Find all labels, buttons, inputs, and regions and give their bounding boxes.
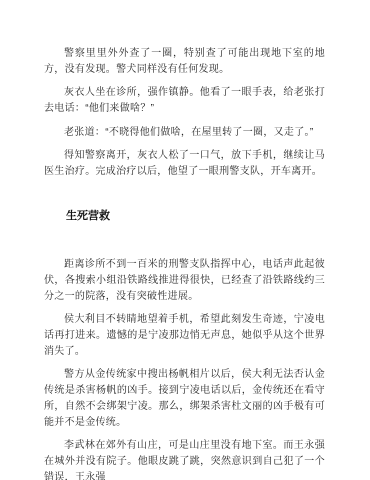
paragraph-liwulin-villa: 李武林在郊外有山庄，可是山庄里没有地下室。而王永强在城外并没有院子。他眼皮跳了跳… bbox=[44, 438, 325, 480]
paragraph-houdali-phone: 侯大利目不转睛地望着手机，希望此刻发生奇迹，宁凌电话再打进来。遗憾的是宁凌那边悄… bbox=[44, 312, 325, 359]
section-heading: 生死营救 bbox=[44, 208, 325, 225]
paragraph-laozhang-reply: 老张道：“不晓得他们做啥，在屋里转了一圈，又走了。” bbox=[44, 125, 325, 141]
paragraph-command-center: 距离诊所不到一百米的刑警支队指挥中心，电话声此起彼伏，各搜索小组沿铁路线推进得很… bbox=[44, 257, 325, 304]
paragraph-jinchuantong-analysis: 警方从金传统家中搜出杨帆相片以后，侯大利无法否认金传统是杀害杨帆的凶手。接到宁凌… bbox=[44, 367, 325, 430]
paragraph-police-search: 警察里里外外查了一圈，特别查了可能出现地下室的地方，没有发现。警犬同样没有任何发… bbox=[44, 46, 325, 77]
paragraph-grey-man-call: 灰衣人坐在诊所，强作镇静。他看了一眼手表，给老张打去电话：“他们来做啥？” bbox=[44, 85, 325, 116]
paragraph-grey-man-leaves: 得知警察离开，灰衣人松了一口气，放下手机，继续让马医生治疗。完成治疗以后，他望了… bbox=[44, 148, 325, 179]
ebook-page: 警察里里外外查了一圈，特别查了可能出现地下室的地方，没有发现。警犬同样没有任何发… bbox=[0, 0, 370, 480]
